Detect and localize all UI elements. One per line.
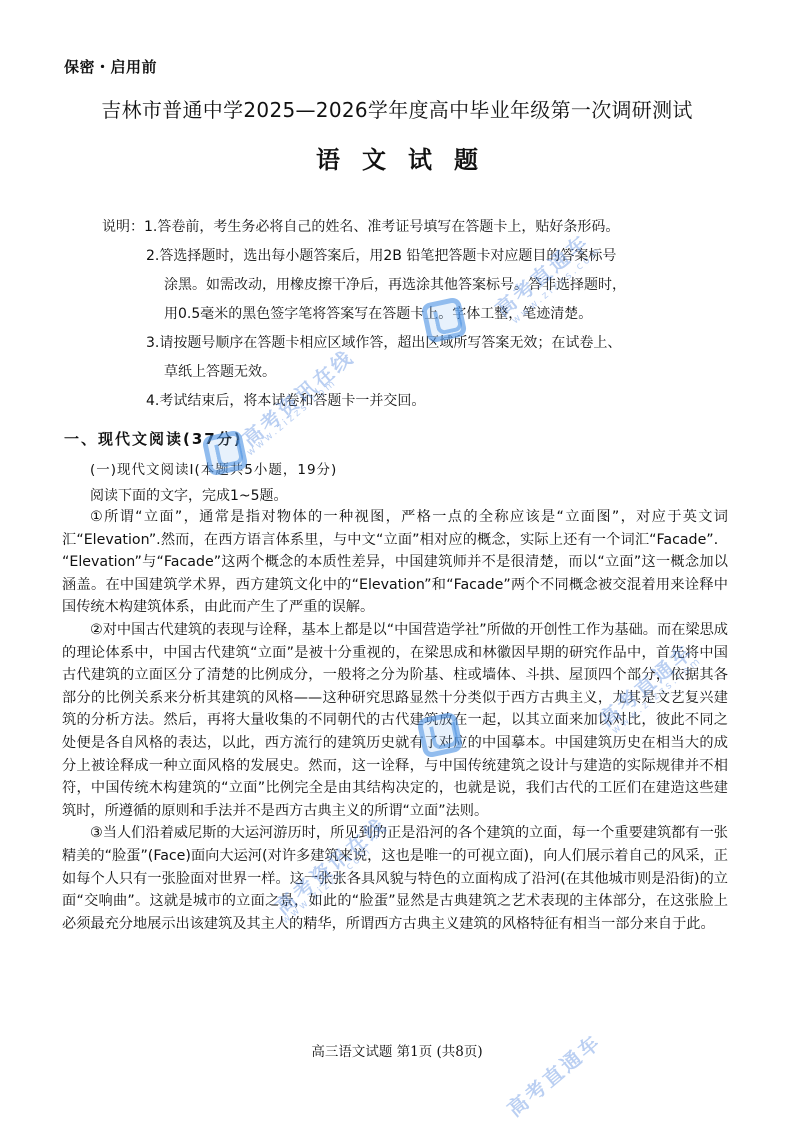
exam-instructions: 说明：1.答卷前，考生务必将自己的姓名、准考证号填写在答题卡上，贴好条形码。 2… — [102, 213, 702, 416]
passage-paragraph-2: ②对中国古代建筑的表现与诠释，基本上都是以“中国营造学社”所做的开创性工作为基础… — [62, 619, 728, 822]
note-item-3: 3.请按题号顺序在答题卡相应区域作答，超出区域所写答案无效；在试卷上、 — [102, 329, 702, 358]
note-item-4: 4.考试结束后，将本试卷和答题卡一并交回。 — [102, 387, 702, 416]
page-footer: 高三语文试题 第1页 (共8页) — [0, 1040, 794, 1060]
note-item-1: 说明：1.答卷前，考生务必将自己的姓名、准考证号填写在答题卡上，贴好条形码。 — [102, 213, 702, 242]
reading-instruction: 阅读下面的文字，完成1~5题。 — [90, 485, 288, 505]
note-item-2-cont: 涂黑。如需改动，用橡皮擦干净后，再选涂其他答案标号。答非选择题时， — [102, 271, 702, 300]
confidential-label: 保密・启用前 — [64, 56, 157, 77]
note-item-2-cont: 用0.5毫米的黑色签字笔将答案写在答题卡上。字体工整，笔迹清楚。 — [102, 300, 702, 329]
note-item-3-cont: 草纸上答题无效。 — [102, 358, 702, 387]
passage-paragraph-3: ③当人们沿着威尼斯的大运河游历时，所见到的正是沿河的各个建筑的立面，每一个重要建… — [62, 822, 728, 935]
passage-paragraph-1: ①所谓“立面”，通常是指对物体的一种视图，严格一点的全称应该是“立面图”，对应于… — [62, 506, 728, 619]
reading-passage: ①所谓“立面”，通常是指对物体的一种视图，严格一点的全称应该是“立面图”，对应于… — [62, 506, 728, 935]
notes-label: 说明： — [102, 213, 144, 242]
subject-title: 语文试题 — [0, 140, 794, 175]
subsection-title: (一)现代文阅读Ⅰ(本题共5小题，19分) — [90, 458, 337, 478]
section-title: 一、现代文阅读(37分) — [64, 428, 243, 449]
note-text: 1.答卷前，考生务必将自己的姓名、准考证号填写在答题卡上，贴好条形码。 — [144, 219, 619, 235]
note-item-2: 2.答选择题时，选出每小题答案后，用2B 铅笔把答题卡对应题目的答案标号 — [102, 242, 702, 271]
exam-page: 保密・启用前 吉林市普通中学2025—2026学年度高中毕业年级第一次调研测试 … — [0, 0, 794, 1123]
exam-title: 吉林市普通中学2025—2026学年度高中毕业年级第一次调研测试 — [0, 94, 794, 123]
